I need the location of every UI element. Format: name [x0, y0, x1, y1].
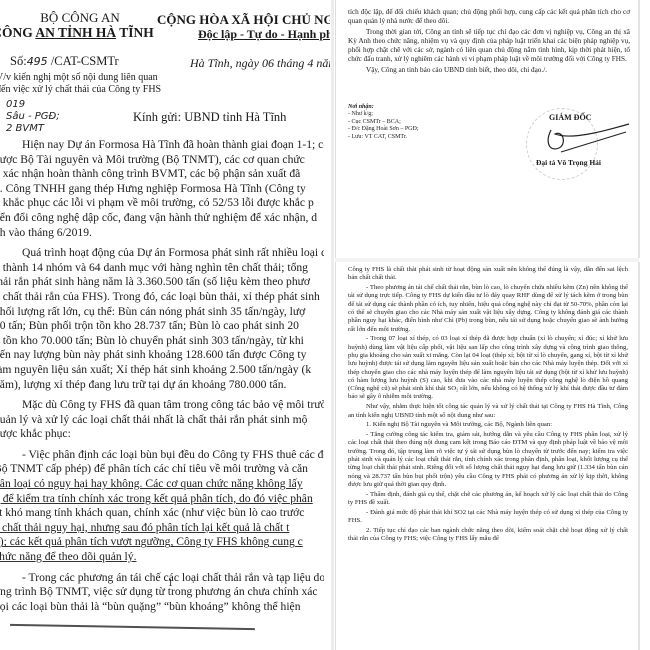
paragraph: g tồn kho 70.000 tấn; Bùn lò chuyển phát… — [0, 334, 324, 349]
paragraph: - Thẩm định, đánh giá cụ thể, chặt chẽ c… — [348, 491, 628, 508]
scan-edge-line — [10, 624, 255, 630]
paragraph: ơng trình Bộ TNMT, việc sử dụng từ trong… — [0, 585, 324, 600]
paragraph: h. Công TNHH gang thép Hưng nghiệp Formo… — [0, 182, 324, 197]
doc-number-label: Số: — [10, 54, 27, 68]
signatory-title: GIÁM ĐỐC — [549, 113, 591, 122]
paragraph: Mặc dù Công ty FHS đã quan tâm trong côn… — [0, 398, 324, 413]
paragraph: g để kiểm tra tính chính xác trong kết q… — [0, 492, 324, 507]
paragraph: - Tăng cường công tác kiểm tra, giám sát… — [348, 431, 628, 489]
paragraph: - Đánh giá mức độ phát thải khí SO2 tại … — [348, 509, 628, 526]
signer-name: Đại tá Võ Trọng Hải — [536, 158, 601, 167]
paragraph: chức năng để theo dõi quản lý. — [0, 550, 324, 565]
agency-name: CÔNG AN TỈNH HÀ TĨNH — [0, 25, 160, 40]
paragraph: Vậy, Công an tỉnh báo cáo UBND tỉnh biết… — [348, 66, 630, 75]
subject-line: đến việc xử lý chất thải của Công ty FHS — [0, 84, 161, 96]
subject-line: V/v kiến nghị một số nội dung liên quan — [0, 72, 161, 84]
document-body: Hiện nay Dự án Formosa Hà Tĩnh đã hoàn t… — [0, 138, 324, 614]
paragraph: ất khó mang tính khách quan, chính xác (… — [0, 506, 324, 521]
paragraph: tích độc lập, để đối chiếu khách quan; c… — [348, 8, 630, 26]
paragraph: quản lý và xử lý các loại chất thải nhất… — [0, 413, 324, 428]
paragraph: hân loại có nguy hại hay không. Các cơ q… — [0, 477, 324, 492]
document-body: tích độc lập, để đối chiếu khách quan; c… — [348, 8, 630, 77]
document-subject: V/v kiến nghị một số nội dung liên quan … — [0, 72, 161, 96]
national-header: CỘNG HÒA XÃ HỘI CHỦ NGHĨA VIỆT NAM Độc l… — [157, 12, 330, 42]
issuing-agency: BỘ CÔNG AN CÔNG AN TỈNH HÀ TĨNH — [0, 10, 160, 40]
paragraph: Bộ TNMT cấp phép) để phân tích các chỉ t… — [0, 462, 324, 477]
page-divider — [331, 0, 334, 650]
paragraph: Công ty FHS là chất thải phát sinh từ ho… — [348, 266, 628, 283]
doc-number-suffix: /CAT-CSMTr — [48, 54, 119, 68]
recipients-title: Nơi nhận: — [348, 104, 419, 111]
paragraph: Trong thời gian tới, Công an tỉnh sẽ tiế… — [348, 28, 630, 64]
agency-name-prefix: CÔNG — [0, 25, 35, 40]
signature-icon — [541, 122, 631, 157]
handwritten-line: Sâu - PGĐ; — [6, 111, 60, 123]
document-number: Số:495 /CAT-CSMTr — [10, 54, 119, 69]
paragraph: - Theo phương án tái chế chất thải rắn, … — [348, 284, 628, 334]
nation-title: CỘNG HÒA XÃ HỘI CHỦ NGHĨA VIỆT NAM — [157, 12, 330, 27]
recipient-item: - Đ/c Đặng Hoài Sơn – PGĐ; — [348, 126, 419, 133]
nation-motto: Độc lập - Tự do - Hạnh phúc — [198, 27, 330, 42]
paragraph: yển đổi công nghệ dập cốc, đang vận hành… — [0, 211, 324, 226]
paragraph: 1. Kiến nghị Bộ Tài nguyên và Môi trường… — [348, 421, 628, 429]
paragraph: năm), lượng xỉ thép đang lưu trữ tại dự … — [0, 378, 324, 393]
recipient-item: - Như k/g; — [348, 111, 419, 118]
paragraph: được khắc phục: — [0, 427, 324, 442]
recipients-block: Nơi nhận: - Như k/g; - Cục CSMTr – BCA; … — [348, 104, 419, 141]
paragraph: n thành 14 nhóm và 64 danh mục với hàng … — [0, 261, 324, 276]
paragraph: g chất thải rắn của FHS). Trong đó, các … — [0, 290, 324, 305]
paragraph: được Bộ Tài nguyên và Môi trường (Bộ TNM… — [0, 153, 324, 168]
paragraph: - Trong các phương án tái chế các loại c… — [0, 571, 324, 586]
paragraph: nh vào tháng 6/2019. — [0, 226, 324, 241]
handwritten-line: 019 — [6, 99, 60, 111]
paragraph: h xác nhận hoàn thành công trình BVMT, c… — [0, 167, 324, 182]
page-number: 1 — [168, 578, 173, 589]
agency-name-suffix: TĨNH — [116, 25, 154, 40]
paragraph: à chất thải nguy hại, nhưng sau đó phân … — [0, 521, 324, 536]
paragraph: 00 tấn; Bùn phối trộn tồn kho 28.737 tấn… — [0, 319, 324, 334]
paragraph: Như vậy, nhằm thực hiện tốt công tác quả… — [348, 403, 628, 420]
recipient-line: Kính gửi: UBND tỉnh Hà Tĩnh — [133, 110, 286, 125]
paragraph: g khắc phục các lỗi vi phạm về môi trườn… — [0, 196, 324, 211]
document-body: Công ty FHS là chất thải phát sinh từ ho… — [348, 266, 628, 545]
handwritten-note: 019 Sâu - PGĐ; 2 BVMT — [6, 99, 60, 135]
paragraph: Quá trình hoạt động của Dự án Formosa ph… — [0, 246, 324, 261]
paragraph: - Trong 07 loại xỉ thép, có 03 loại xỉ t… — [348, 335, 628, 401]
paragraph: làm nguyên liệu sản xuất; Xỉ thép hát si… — [0, 363, 324, 378]
agency-name-underlined: AN TỈNH HÀ — [35, 25, 116, 40]
recipient-item: - Cục CSMTr – BCA; — [348, 119, 419, 126]
paragraph: khối lượng rất lớn, cụ thể: Bùn cán nóng… — [0, 305, 324, 320]
document-page-1: BỘ CÔNG AN CÔNG AN TỈNH HÀ TĨNH CỘNG HÒA… — [0, 0, 330, 650]
date-line: Hà Tĩnh, ngày 06 tháng 4 năm 2019 — [190, 56, 330, 71]
paragraph: - Việc phân định các loại bùn bụi đều do… — [0, 448, 324, 463]
document-page-last: tích độc lập, để đối chiếu khách quan; c… — [335, 0, 640, 258]
paragraph: Hiện nay Dự án Formosa Hà Tĩnh đã hoàn t… — [0, 138, 324, 153]
paragraph: 2. Tiếp tục chỉ đạo các ban ngành chức n… — [348, 527, 628, 544]
handwritten-line: 2 BVMT — [6, 123, 60, 135]
paragraph: đến nay lượng bùn này phát sinh khoảng 1… — [0, 348, 324, 363]
doc-number-handwritten: 495 — [27, 55, 48, 68]
recipient-item: - Lưu: VT CAT, CSMTr. — [348, 134, 419, 141]
paragraph: g); các kết quả phân tích vượt ngưỡng, C… — [0, 535, 324, 550]
paragraph: gọi các loại bùn thải là “bùn quặng” “bù… — [0, 600, 324, 615]
paragraph: thải rắn phát sinh hàng năm là 3.360.500… — [0, 275, 324, 290]
ministry-name: BỘ CÔNG AN — [0, 10, 160, 25]
document-page-2: Công ty FHS là chất thải phát sinh từ ho… — [335, 262, 640, 650]
